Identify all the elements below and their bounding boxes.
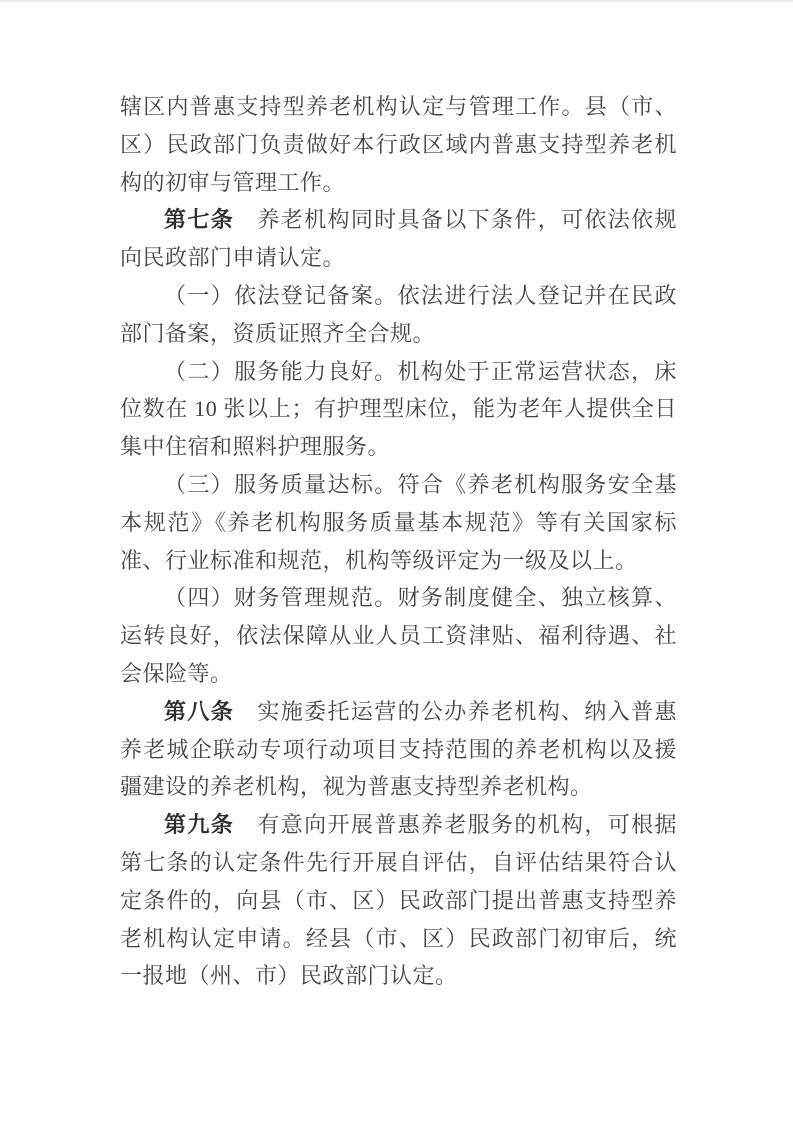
article-number-label: 第八条: [164, 699, 234, 724]
continuation-paragraph: 辖区内普惠支持型养老机构认定与管理工作。县（市、区）民政部门负责做好本行政区域内…: [120, 88, 677, 201]
document-body: 辖区内普惠支持型养老机构认定与管理工作。县（市、区）民政部门负责做好本行政区域内…: [120, 88, 677, 995]
paragraph-text: （二）服务能力良好。机构处于正常运营状态，床位数在 10 张以上；有护理型床位，…: [120, 359, 677, 460]
paragraph-text: （三）服务质量达标。符合《养老机构服务安全基本规范》《养老机构服务质量基本规范》…: [120, 472, 677, 573]
paragraph-text: 有意向开展普惠养老服务的机构，可根据第七条的认定条件先行开展自评估，自评估结果符…: [120, 812, 677, 988]
article-7-item-1: （一）依法登记备案。依法进行法人登记并在民政部门备案，资质证照齐全合规。: [120, 277, 677, 353]
article-number-label: 第七条: [164, 207, 234, 232]
paragraph-text: （四）财务管理规范。财务制度健全、独立核算、运转良好，依法保障从业人员工资津贴、…: [120, 585, 677, 686]
article-8: 第八条 实施委托运营的公办养老机构、纳入普惠养老城企联动专项行动项目支持范围的养…: [120, 693, 677, 806]
article-9: 第九条 有意向开展普惠养老服务的机构，可根据第七条的认定条件先行开展自评估，自评…: [120, 806, 677, 995]
article-7-item-2: （二）服务能力良好。机构处于正常运营状态，床位数在 10 张以上；有护理型床位，…: [120, 353, 677, 466]
article-7-item-4: （四）财务管理规范。财务制度健全、独立核算、运转良好，依法保障从业人员工资津贴、…: [120, 579, 677, 692]
page-top-edge: [0, 0, 793, 2]
article-number-label: 第九条: [164, 812, 234, 837]
article-7: 第七条 养老机构同时具备以下条件，可依法依规向民政部门申请认定。: [120, 201, 677, 277]
article-7-item-3: （三）服务质量达标。符合《养老机构服务安全基本规范》《养老机构服务质量基本规范》…: [120, 466, 677, 579]
document-page: 辖区内普惠支持型养老机构认定与管理工作。县（市、区）民政部门负责做好本行政区域内…: [0, 0, 793, 1122]
paragraph-text: （一）依法登记备案。依法进行法人登记并在民政部门备案，资质证照齐全合规。: [120, 283, 677, 346]
paragraph-text: 辖区内普惠支持型养老机构认定与管理工作。县（市、区）民政部门负责做好本行政区域内…: [120, 94, 677, 195]
